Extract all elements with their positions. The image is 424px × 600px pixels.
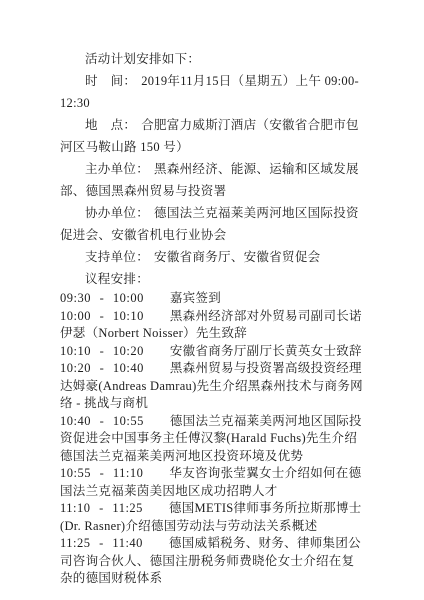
time-label: 时 间： xyxy=(85,74,136,88)
schedule-time: 10:00 - 10:10 xyxy=(60,309,144,323)
schedule-item: 10:40 - 10:55德国法兰克福莱美两河地区国际投资促进会中国事务主任傅汉… xyxy=(60,413,367,466)
supporter-value: 安徽省商务厅、安徽省贸促会 xyxy=(154,250,320,264)
info-line-organizer: 主办单位：黑森州经济、能源、运输和区域发展部、德国黑森州贸易与投资署 xyxy=(60,158,367,202)
schedule-item: 10:55 - 11:10华友咨询张莹翼女士介绍如何在德国法兰克福莱茵美因地区成… xyxy=(60,465,367,500)
schedule-time: 10:10 - 10:20 xyxy=(60,344,144,358)
schedule-time: 10:40 - 10:55 xyxy=(60,414,144,428)
supporter-label: 支持单位： xyxy=(85,250,149,264)
schedule-desc: 安徽省商务厅副厅长黄英女士致辞 xyxy=(170,344,362,358)
info-line-time: 时 间：2019年11月15日（星期五）上午 09:00-12:30 xyxy=(60,70,367,114)
schedule-time: 11:25 - 11:40 xyxy=(60,536,143,550)
schedule-item: 10:00 - 10:10黑森州经济部对外贸易司副司长诺伊瑟（Norbert N… xyxy=(60,308,367,343)
agenda-heading: 议程安排： xyxy=(60,268,367,290)
intro-line: 活动计划安排如下： xyxy=(60,48,367,70)
organizer-label: 主办单位： xyxy=(85,162,149,176)
schedule-time: 10:55 - 11:10 xyxy=(60,466,143,480)
co-organizer-label: 协办单位： xyxy=(85,206,149,220)
info-line-venue: 地 点：合肥富力威斯汀酒店（安徽省合肥市包河区马鞍山路 150 号） xyxy=(60,114,367,158)
schedule-item: 09:30 - 10:00嘉宾签到 xyxy=(60,290,367,308)
schedule-desc: 嘉宾签到 xyxy=(170,291,221,305)
info-line-co-organizer: 协办单位：德国法兰克福莱美两河地区国际投资促进会、安徽省机电行业协会 xyxy=(60,202,367,246)
schedule-time: 09:30 - 10:00 xyxy=(60,291,144,305)
agenda-schedule: 09:30 - 10:00嘉宾签到 10:00 - 10:10黑森州经济部对外贸… xyxy=(60,290,367,588)
venue-label: 地 点： xyxy=(85,118,136,132)
schedule-item: 10:10 - 10:20安徽省商务厅副厅长黄英女士致辞 xyxy=(60,343,367,361)
schedule-time: 11:10 - 11:25 xyxy=(60,501,143,515)
info-line-supporter: 支持单位：安徽省商务厅、安徽省贸促会 xyxy=(60,246,367,268)
document-page: 活动计划安排如下： 时 间：2019年11月15日（星期五）上午 09:00-1… xyxy=(0,0,424,600)
schedule-time: 10:20 - 10:40 xyxy=(60,361,144,375)
schedule-item: 10:20 - 10:40黑森州贸易与投资署高级投资经理达姆豪(Andreas … xyxy=(60,360,367,413)
schedule-item: 11:10 - 11:25德国METIS律师事务所拉斯那博士(Dr. Rasne… xyxy=(60,500,367,535)
schedule-item: 11:25 - 11:40德国威韬税务、财务、律师集团公司咨询合伙人、德国注册税… xyxy=(60,535,367,588)
